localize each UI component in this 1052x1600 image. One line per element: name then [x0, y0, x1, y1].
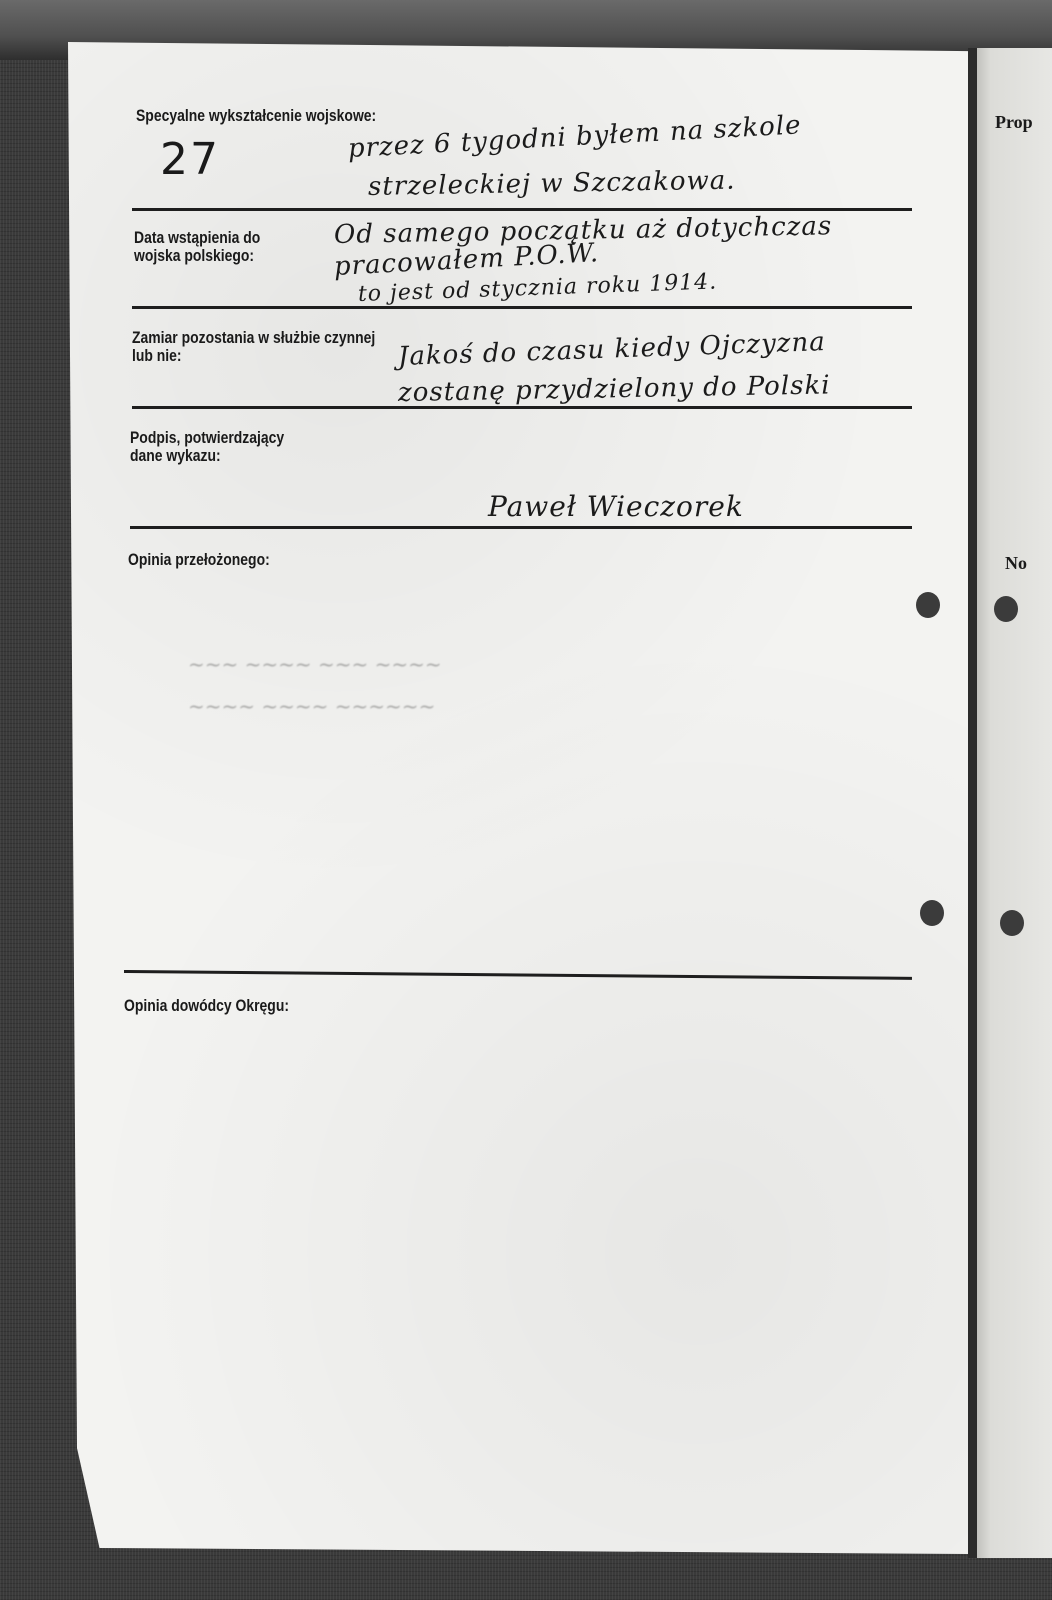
punch-hole	[920, 900, 944, 926]
divider	[132, 208, 912, 211]
field-label-service-intention-line-2: lub nie:	[132, 346, 182, 366]
handwritten-service-intention-line-2: zostanę przydzielony do Polski	[398, 370, 831, 408]
punch-hole	[916, 592, 940, 618]
handwritten-military-education-line-1: przez 6 tygodni byłem na szkole	[347, 110, 802, 164]
field-label-signature-line-1: Podpis, potwierdzający	[130, 428, 284, 448]
adjacent-page-label-middle: No	[1005, 553, 1027, 574]
page-spine	[968, 48, 977, 1558]
field-label-district-commander-opinion: Opinia dowódcy Okręgu:	[124, 996, 289, 1016]
faded-bleedthrough-text: ~~~~ ~~~~ ~~~~~~	[188, 694, 435, 718]
faded-bleedthrough-text: ~~~ ~~~~ ~~~ ~~~~	[188, 652, 442, 676]
field-label-military-education: Specyalne wykształcenie wojskowe:	[136, 106, 376, 126]
handwritten-service-intention-line-1: Jakoś do czasu kiedy Ojczyzna	[397, 327, 826, 372]
field-label-enlistment-date-line-1: Data wstąpienia do	[134, 228, 260, 248]
handwritten-military-education-line-2: strzeleckiej w Szczakowa.	[368, 166, 736, 202]
divider	[124, 970, 912, 980]
divider	[132, 306, 912, 309]
punch-hole	[994, 596, 1018, 622]
field-label-superior-opinion: Opinia przełożonego:	[128, 550, 270, 570]
divider	[132, 406, 912, 409]
adjacent-page: Prop No	[968, 48, 1052, 1558]
adjacent-page-label-top: Prop	[995, 112, 1033, 133]
field-label-service-intention-line-1: Zamiar pozostania w służbie czynnej	[132, 328, 375, 348]
punch-hole	[1000, 910, 1024, 936]
field-label-enlistment-date-line-2: wojska polskiego:	[134, 246, 254, 266]
field-label-signature-line-2: dane wykazu:	[130, 446, 221, 466]
signature: Paweł Wieczorek	[488, 490, 744, 523]
form-number: 27	[160, 134, 220, 185]
divider	[130, 526, 912, 529]
form-page: Specyalne wykształcenie wojskowe: 27 prz…	[68, 42, 968, 1554]
